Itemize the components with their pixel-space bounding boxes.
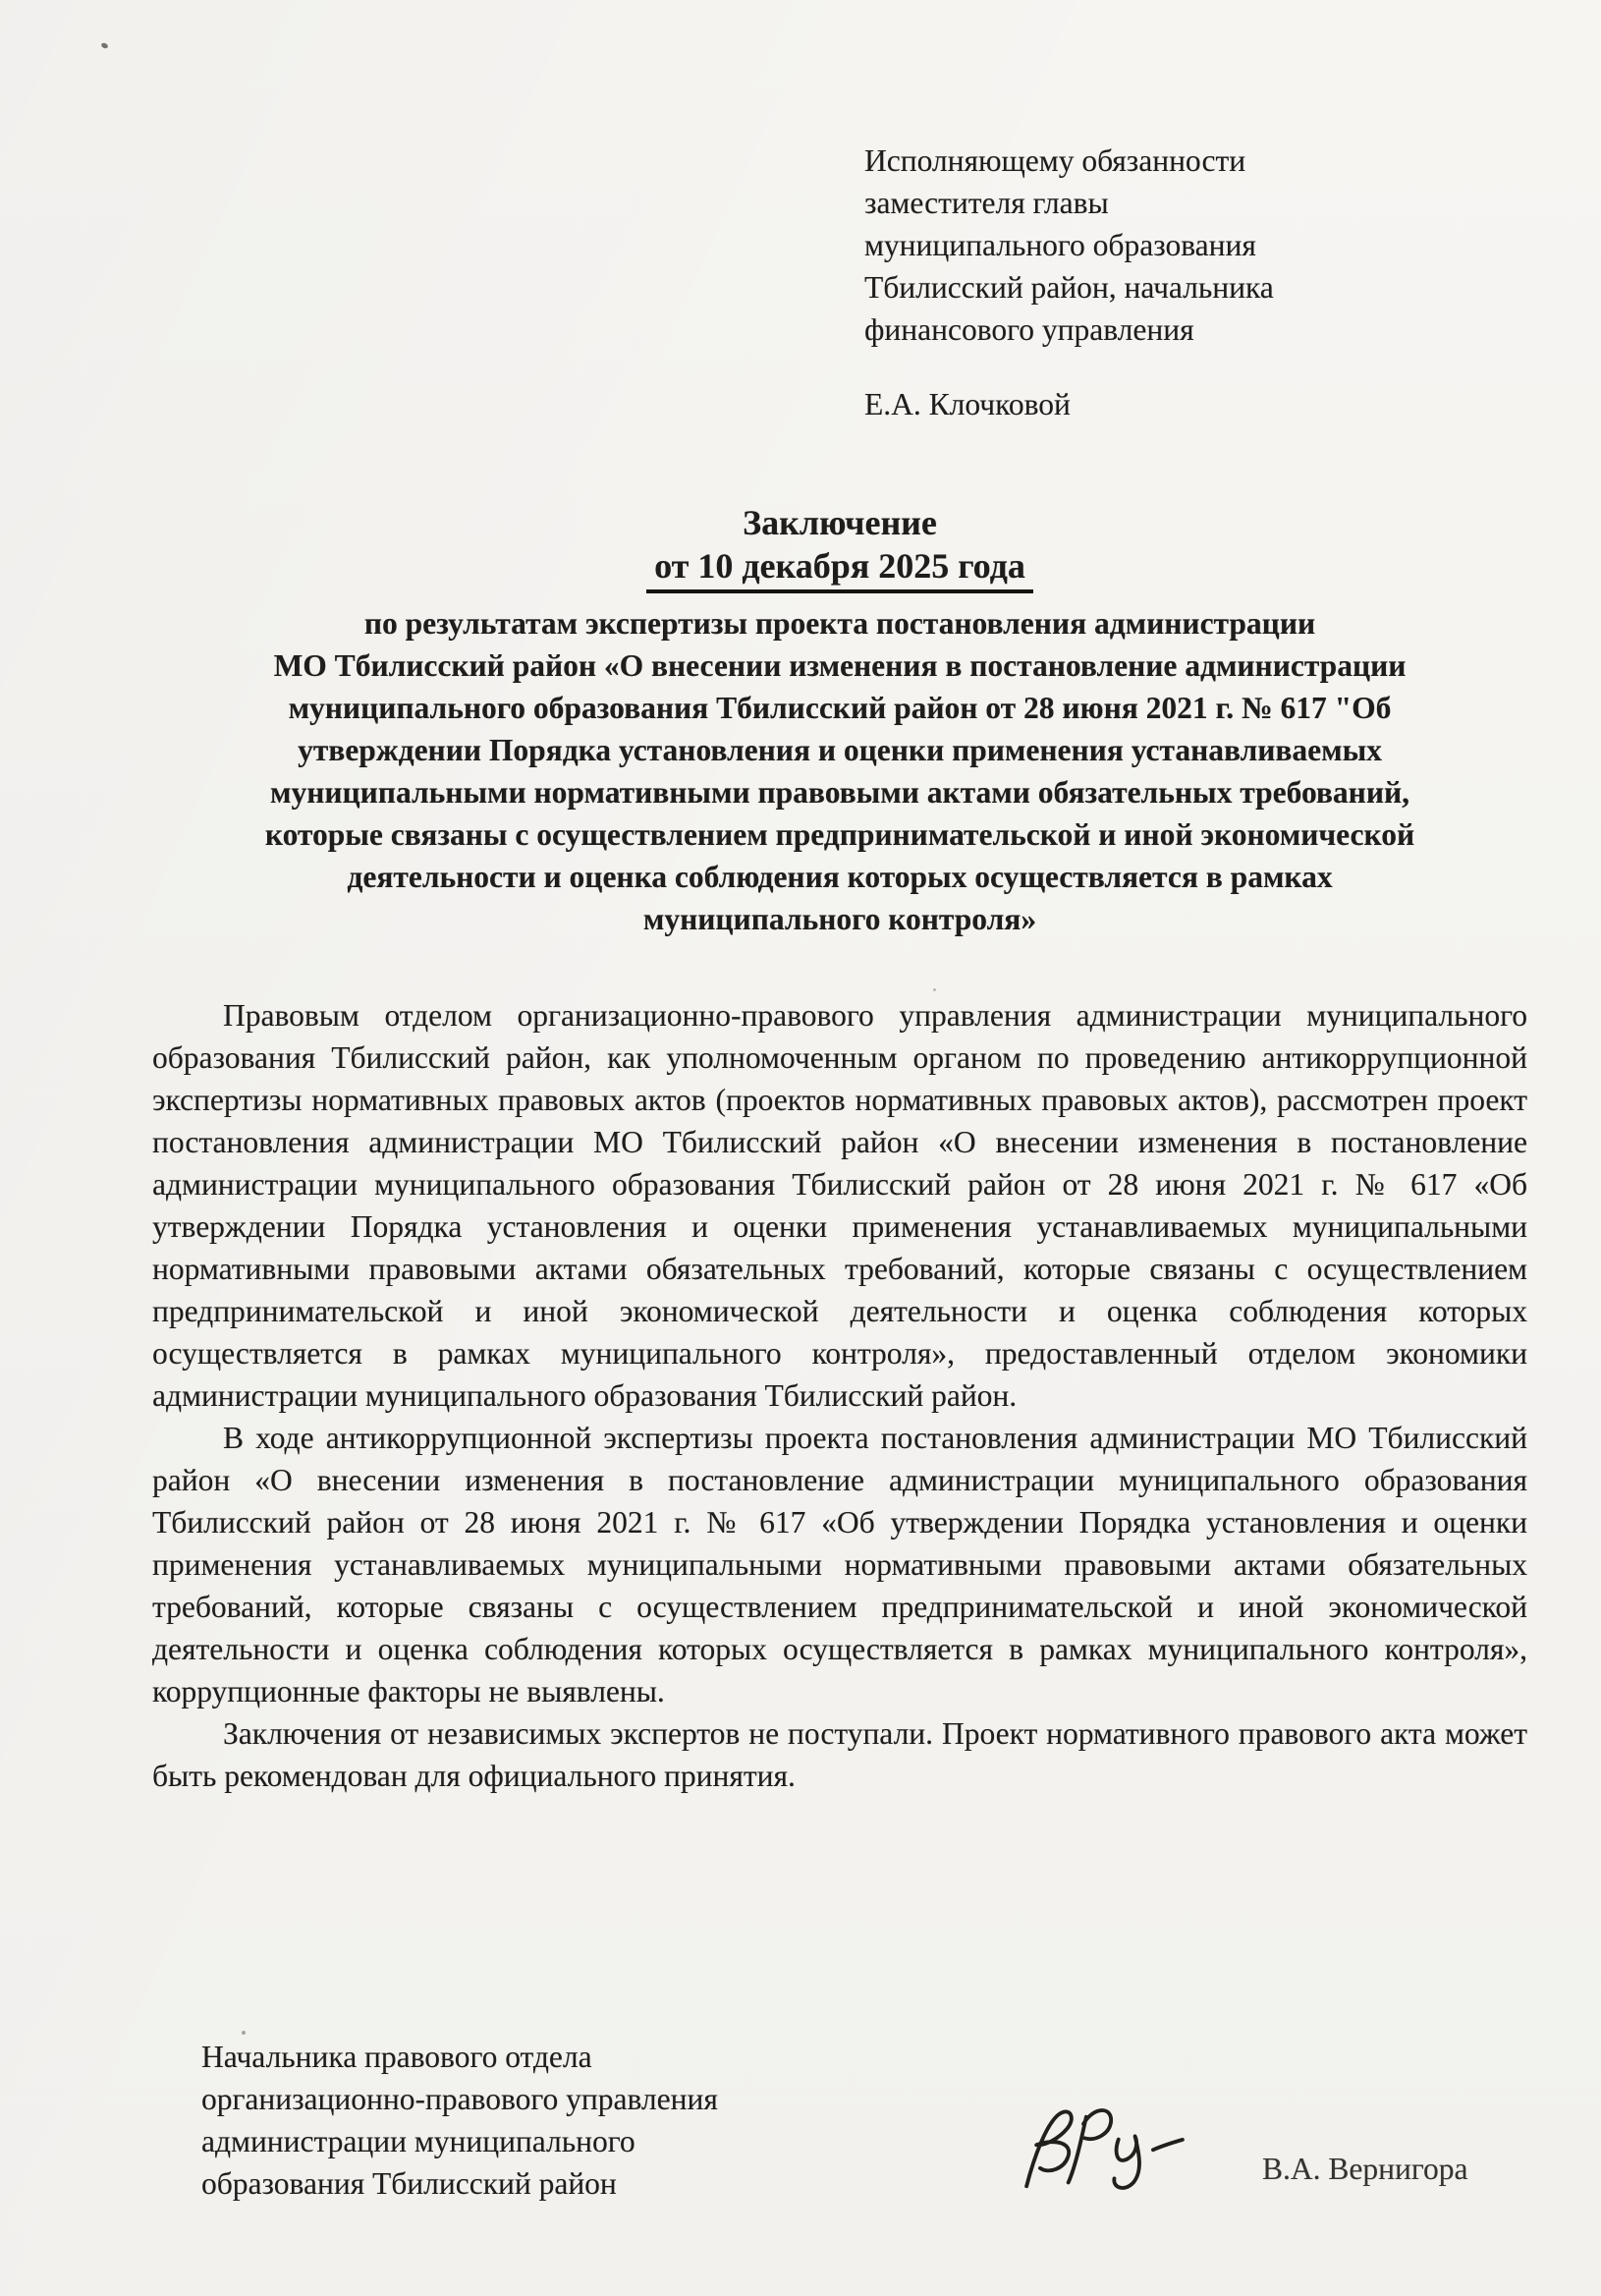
document-title: Заключение [152, 501, 1527, 544]
addressee-line: Тбилисский район, начальника [864, 266, 1274, 308]
scanned-document-page: Исполняющему обязанности заместителя гла… [0, 0, 1601, 2296]
document-date-text: от 10 декабря 2025 года [646, 544, 1033, 593]
addressee-line: муниципального образования [864, 224, 1274, 266]
addressee-line: финансового управления [864, 308, 1274, 351]
addressee-line: заместителя главы [864, 182, 1274, 224]
signer-position-block: Начальника правового отдела организацион… [201, 2036, 718, 2205]
signer-position-line: администрации муниципального [201, 2120, 718, 2162]
scan-speck [100, 42, 108, 49]
subtitle-line: утверждении Порядка установления и оценк… [152, 729, 1527, 771]
addressee-name: Е.А. Клочковой [864, 383, 1274, 425]
title-block: Заключение от 10 декабря 2025 года по ре… [152, 501, 1527, 940]
addressee-line: Исполняющему обязанности [864, 140, 1274, 182]
scan-speck [933, 988, 936, 991]
subtitle-line: муниципальными нормативными правовыми ак… [152, 771, 1527, 813]
body-paragraph: Заключения от независимых экспертов не п… [152, 1712, 1527, 1797]
signer-position-line: образования Тбилисский район [201, 2162, 718, 2205]
handwritten-signature-icon [1008, 2084, 1218, 2209]
signer-position-line: организационно-правового управления [201, 2078, 718, 2120]
addressee-block: Исполняющему обязанности заместителя гла… [864, 140, 1274, 425]
subtitle-line: муниципального контроля» [152, 898, 1527, 940]
document-body: Правовым отделом организационно-правовог… [152, 994, 1527, 1797]
scan-speck [242, 2031, 246, 2035]
subtitle-line: по результатам экспертизы проекта постан… [152, 602, 1527, 644]
subtitle-line: муниципального образования Тбилисский ра… [152, 687, 1527, 729]
document-subtitle: по результатам экспертизы проекта постан… [152, 602, 1527, 940]
body-paragraph: В ходе антикоррупционной экспертизы прое… [152, 1417, 1527, 1712]
subtitle-line: деятельности и оценка соблюдения которых… [152, 856, 1527, 898]
subtitle-line: которые связаны с осуществлением предпри… [152, 813, 1527, 856]
signer-position-line: Начальника правового отдела [201, 2036, 718, 2078]
body-paragraph: Правовым отделом организационно-правовог… [152, 994, 1527, 1417]
signer-name: В.А. Вернигора [1262, 2152, 1467, 2187]
document-date: от 10 декабря 2025 года [152, 544, 1527, 593]
subtitle-line: МО Тбилисский район «О внесении изменени… [152, 644, 1527, 687]
